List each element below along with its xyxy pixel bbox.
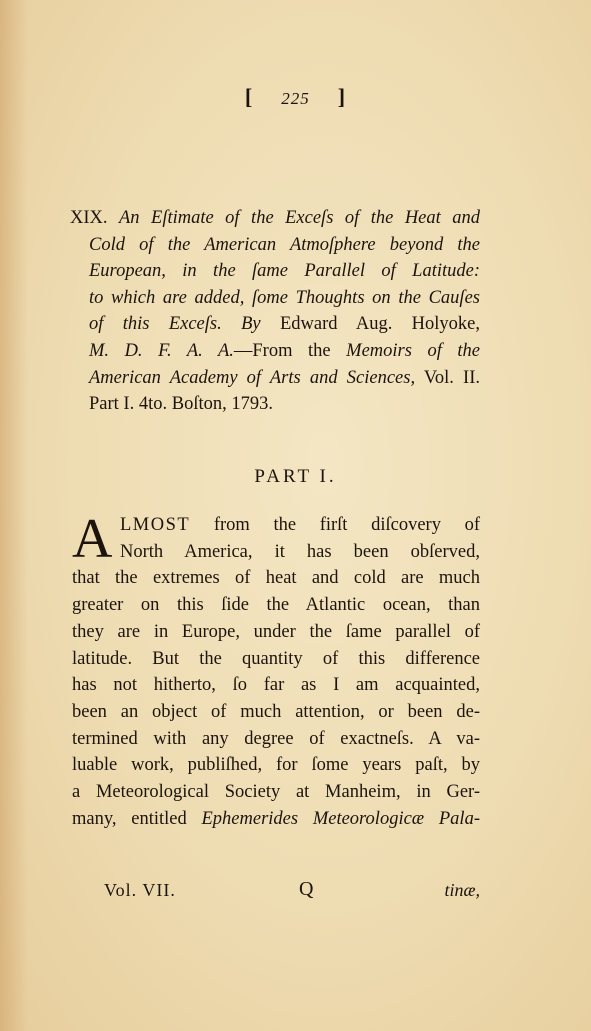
bracket-open: [ bbox=[245, 84, 253, 109]
body-line: that the extremes of heat and cold are m… bbox=[72, 565, 480, 592]
drop-cap: A bbox=[72, 514, 112, 564]
first-word: LMOST bbox=[120, 515, 190, 535]
body-line: many, entitled Ephemerides Meteorologicæ… bbox=[72, 806, 480, 833]
title-line: Cold of the American Atmoſphere beyond t… bbox=[70, 232, 480, 259]
entry-line-1: XIX. An Eſtimate of the Exceſs of the He… bbox=[70, 205, 480, 232]
author-credentials: M. D. F. A. A. bbox=[89, 341, 234, 361]
body-line: been an object of much attention, or bee… bbox=[72, 699, 480, 726]
title-line: An Eſtimate of the Exceſs of the Heat an… bbox=[119, 208, 480, 228]
volume-footer: Vol. VII. bbox=[104, 880, 176, 901]
body-line: luable work, publiſhed, for ſome years p… bbox=[72, 752, 480, 779]
body-line: latitude. But the quantity of this diffe… bbox=[72, 646, 480, 673]
part-heading: PART I. bbox=[0, 466, 591, 488]
entry-number: XIX. bbox=[70, 208, 108, 228]
byline-prefix: By bbox=[241, 314, 261, 334]
body-line: greater on this ſide the Atlantic ocean,… bbox=[72, 592, 480, 619]
signature-mark: Q bbox=[299, 878, 313, 901]
page-gutter-shadow bbox=[0, 0, 28, 1031]
title-line: of this Exceſs. bbox=[89, 314, 222, 334]
body-line: has not hitherto, ſo far as I am acquain… bbox=[72, 672, 480, 699]
entry-line-journal: American Academy of Arts and Sciences, V… bbox=[70, 365, 480, 392]
review-entry-heading: XIX. An Eſtimate of the Exceſs of the He… bbox=[70, 205, 480, 418]
body-paragraph: A LMOST from the firſt diſcovery of Nort… bbox=[72, 512, 480, 832]
body-line: North America, it has been obſerved, bbox=[72, 539, 480, 566]
book-page: [ 225 ] XIX. An Eſtimate of the Exceſs o… bbox=[0, 0, 591, 1031]
author-name: Edward Aug. Holyoke, bbox=[280, 314, 480, 334]
entry-line-byline: of this Exceſs. By Edward Aug. Holyoke, bbox=[70, 311, 480, 338]
work-title: Ephemerides Meteorologicæ Pala- bbox=[202, 809, 481, 829]
running-header: [ 225 ] bbox=[0, 84, 591, 110]
source-title: Memoirs of the bbox=[346, 341, 480, 361]
volume-ref: Vol. II. bbox=[424, 368, 480, 388]
catchword: tinæ, bbox=[444, 880, 480, 901]
title-line: to which are added, ſome Thoughts on the… bbox=[70, 285, 480, 312]
body-line: a Meteorological Society at Manheim, in … bbox=[72, 779, 480, 806]
title-line: European, in the ſame Parallel of Latitu… bbox=[70, 258, 480, 285]
source-title: American Academy of Arts and Sciences, bbox=[89, 368, 415, 388]
body-line: termined with any degree of exactneſs. A… bbox=[72, 726, 480, 753]
entry-line-source: M. D. F. A. A.—From the Memoirs of the bbox=[70, 338, 480, 365]
body-line-text: many, entitled bbox=[72, 809, 187, 829]
bracket-close: ] bbox=[338, 84, 346, 109]
page-number: 225 bbox=[281, 89, 310, 108]
body-line: they are in Europe, under the ſame paral… bbox=[72, 619, 480, 646]
body-line-text: from the firſt diſcovery of bbox=[214, 515, 480, 535]
source-prefix: —From the bbox=[234, 341, 331, 361]
body-line: LMOST from the firſt diſcovery of bbox=[72, 512, 480, 539]
imprint: Part I. 4to. Boſton, 1793. bbox=[70, 391, 480, 418]
